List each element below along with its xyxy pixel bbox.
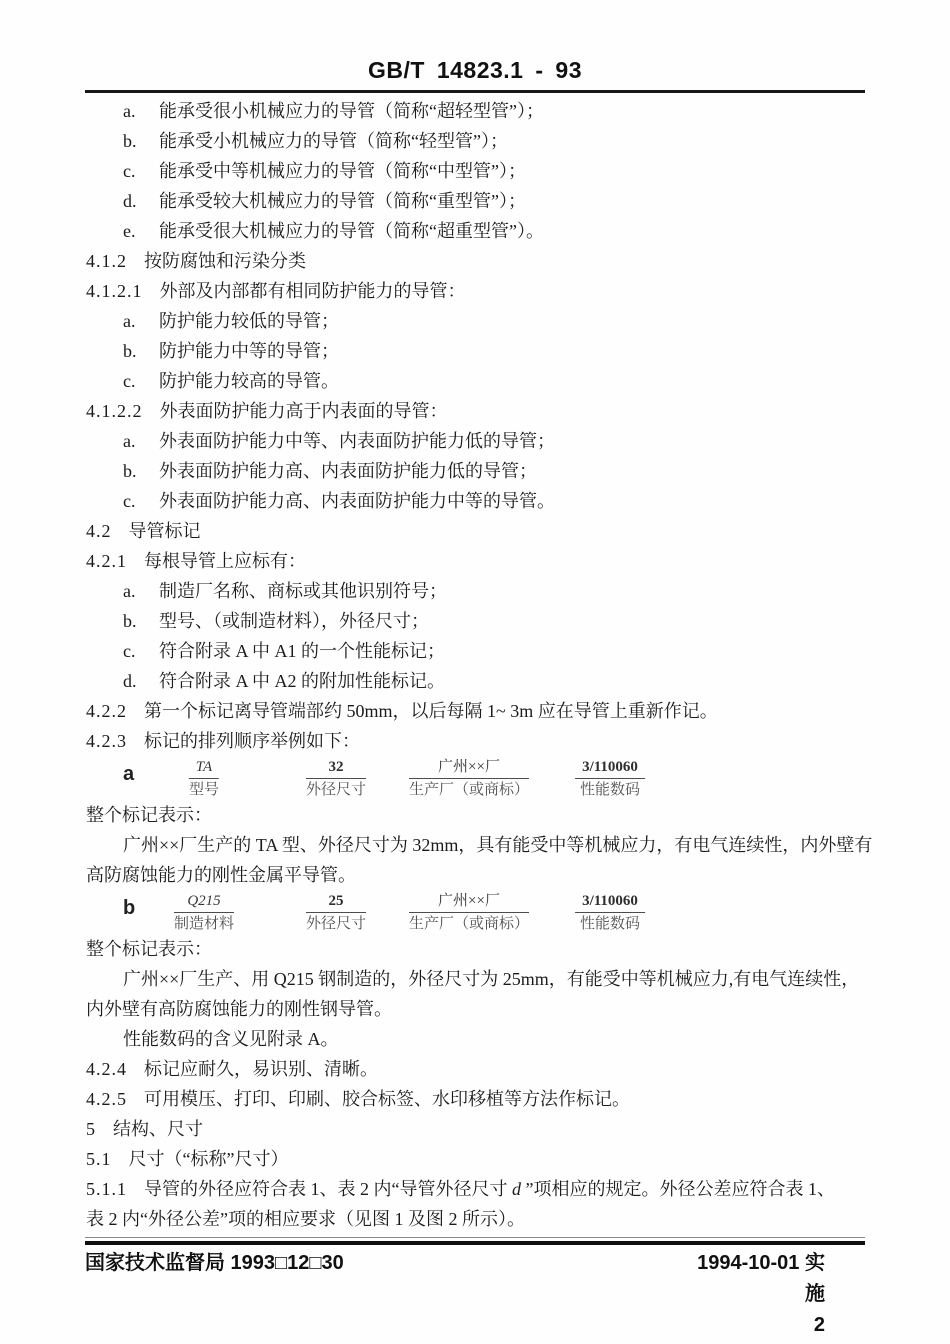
marking-example-row: bQ215制造材料25外径尺寸广州××厂生产厂（或商标）3/110060性能数码 [86,890,870,934]
list-item: c.防护能力较高的导管。 [86,366,870,396]
paragraph-text: 内外壁有高防腐蚀能力的刚性钢导管。 [86,999,392,1019]
marking-numerator: 3/110060 [575,758,645,779]
section-number: 4.1.2.2 [86,396,143,426]
paragraph-text: 广州××厂生产、用 Q215 钢制造的，外径尺寸为 25mm，有能受中等机械应力… [123,969,859,989]
item-text: 防护能力较低的导管； [159,311,339,331]
marking-denominator: 型号 [189,779,219,799]
section-number: 4.2 [86,516,112,546]
section-text: 外表面防护能力高于内表面的导管： [160,401,448,421]
section-line: 4.1.2按防腐蚀和污染分类 [86,246,870,276]
paragraph-line: 整个标记表示： [86,934,870,964]
list-item: b.能承受小机械应力的导管（简称“轻型管”）； [86,126,870,156]
page-header-title: GB/T 14823.1 - 93 [85,57,865,84]
paragraph-line: 广州××厂生产的 TA 型、外径尺寸为 32mm，具有能受中等机械应力，有电气连… [86,830,870,860]
marking-numerator: TA [189,758,219,779]
footer-implementation: 1994-10-01 实 施 2 [697,1248,825,1341]
section-text: 外部及内部都有相同防护能力的导管： [160,281,466,301]
header-rule [85,90,865,93]
section-number: 4.2.5 [86,1084,127,1114]
item-label: b. [123,336,159,366]
marking-denominator: 性能数码 [575,779,645,799]
section-line: 4.1.2.2外表面防护能力高于内表面的导管： [86,396,870,426]
section-line: 4.2.2第一个标记离导管端部约 50mm，以后每隔 1~ 3m 应在导管上重新… [86,696,870,726]
paragraph-text: 广州××厂生产的 TA 型、外径尺寸为 32mm，具有能受中等机械应力，有电气连… [123,835,872,855]
item-label: a. [123,306,159,336]
marking-fraction: 3/110060性能数码 [575,892,645,933]
section-text: 标记应耐久，易识别、清晰。 [144,1059,378,1079]
list-item: b.外表面防护能力高、内表面防护能力低的导管； [86,456,870,486]
marking-numerator: 广州××厂 [409,758,529,779]
item-label: c. [123,156,159,186]
list-item: a.防护能力较低的导管； [86,306,870,336]
section-text: ”项相应的规定。外径公差应符合表 1、 [521,1179,835,1199]
item-label: b. [123,126,159,156]
item-text: 符合附录 A 中 A1 的一个性能标记； [159,641,445,661]
section-line: 4.2.4标记应耐久，易识别、清晰。 [86,1054,870,1084]
item-text: 能承受很小机械应力的导管（简称“超轻型管”）； [159,101,544,121]
paragraph-text: 表 2 内“外径公差”项的相应要求（见图 1 及图 2 所示）。 [86,1209,525,1229]
item-text: 符合附录 A 中 A2 的附加性能标记。 [159,671,445,691]
item-label: d. [123,186,159,216]
paragraph-text: 整个标记表示： [86,805,212,825]
section-text: 标记的排列顺序举例如下： [144,731,360,751]
item-label: c. [123,486,159,516]
marking-denominator: 性能数码 [575,913,645,933]
section-number: 4.2.3 [86,726,127,756]
footer-rule-thin [85,1237,865,1238]
section-number: 4.2.4 [86,1054,127,1084]
marking-fraction: 25外径尺寸 [306,892,366,933]
section-number: 5.1.1 [86,1174,127,1204]
list-item: b.型号、（或制造材料），外径尺寸； [86,606,870,636]
section-text: 每根导管上应标有： [144,551,306,571]
list-item: a.制造厂名称、商标或其他识别符号； [86,576,870,606]
item-label: b. [123,606,159,636]
list-item: a.能承受很小机械应力的导管（简称“超轻型管”）； [86,96,870,126]
list-item: b.防护能力中等的导管； [86,336,870,366]
list-item: e.能承受很大机械应力的导管（简称“超重型管”）。 [86,216,870,246]
footer-issuer: 国家技术监督局 1993□12□30 [85,1248,344,1279]
footer-implementation-line2: 施 [697,1279,825,1310]
item-text: 防护能力中等的导管； [159,341,339,361]
marking-numerator: 32 [306,758,366,779]
section-line: 5.1.1导管的外径应符合表 1、表 2 内“导管外径尺寸 d ”项相应的规定。… [86,1174,870,1204]
section-line: 4.2.3标记的排列顺序举例如下： [86,726,870,756]
marking-fraction: 广州××厂生产厂（或商标） [409,892,529,933]
list-item: c.外表面防护能力高、内表面防护能力中等的导管。 [86,486,870,516]
item-text: 能承受较大机械应力的导管（简称“重型管”）； [159,191,526,211]
section-line: 5.1尺寸（“标称”尺寸） [86,1144,870,1174]
section-number: 5.1 [86,1144,112,1174]
item-text: 外表面防护能力高、内表面防护能力中等的导管。 [159,491,555,511]
marking-denominator: 生产厂（或商标） [409,779,529,799]
marking-denominator: 生产厂（或商标） [409,913,529,933]
paragraph-line: 内外壁有高防腐蚀能力的刚性钢导管。 [86,994,870,1024]
paragraph-text: 整个标记表示： [86,939,212,959]
marking-numerator: 3/110060 [575,892,645,913]
section-text: 结构、尺寸 [113,1119,203,1139]
section-line: 4.2.5可用模压、打印、印刷、胶合标签、水印移植等方法作标记。 [86,1084,870,1114]
list-item: d.符合附录 A 中 A2 的附加性能标记。 [86,666,870,696]
item-label: a. [123,96,159,126]
paragraph-line: 表 2 内“外径公差”项的相应要求（见图 1 及图 2 所示）。 [86,1204,870,1234]
section-text: 可用模压、打印、印刷、胶合标签、水印移植等方法作标记。 [144,1089,630,1109]
list-item: d.能承受较大机械应力的导管（简称“重型管”）； [86,186,870,216]
page-number: 2 [697,1310,825,1341]
marking-denominator: 制造材料 [174,913,234,933]
item-label: c. [123,366,159,396]
section-text: 导管的外径应符合表 1、表 2 内“导管外径尺寸 [144,1179,512,1199]
item-label: b. [123,456,159,486]
marking-numerator: 25 [306,892,366,913]
marking-row-label: a [123,764,134,784]
item-text: 能承受中等机械应力的导管（简称“中型管”）； [159,161,526,181]
item-label: c. [123,636,159,666]
section-text: 按防腐蚀和污染分类 [144,251,306,271]
item-text: 外表面防护能力中等、内表面防护能力低的导管； [159,431,555,451]
section-line: 4.2.1每根导管上应标有： [86,546,870,576]
section-line: 4.1.2.1外部及内部都有相同防护能力的导管： [86,276,870,306]
paragraph-line: 性能数码的含义见附录 A。 [86,1024,870,1054]
item-label: d. [123,666,159,696]
section-number: 4.1.2 [86,246,127,276]
marking-fraction: 3/110060性能数码 [575,758,645,799]
item-label: e. [123,216,159,246]
section-number: 4.1.2.1 [86,276,143,306]
document-page: GB/T 14823.1 - 93 a.能承受很小机械应力的导管（简称“超轻型管… [0,0,950,1344]
paragraph-line: 广州××厂生产、用 Q215 钢制造的，外径尺寸为 25mm，有能受中等机械应力… [86,964,870,994]
marking-numerator: 广州××厂 [409,892,529,913]
item-label: a. [123,426,159,456]
marking-denominator: 外径尺寸 [306,779,366,799]
section-number: 4.2.2 [86,696,127,726]
item-text: 制造厂名称、商标或其他识别符号； [159,581,447,601]
item-text: 防护能力较高的导管。 [159,371,339,391]
footer-implementation-line1: 1994-10-01 实 [697,1248,825,1279]
list-item: c.能承受中等机械应力的导管（简称“中型管”）； [86,156,870,186]
marking-fraction: 广州××厂生产厂（或商标） [409,758,529,799]
section-text: d [512,1179,521,1199]
item-text: 外表面防护能力高、内表面防护能力低的导管； [159,461,537,481]
section-number: 5 [86,1114,96,1144]
marking-fraction: Q215制造材料 [174,892,234,933]
marking-fraction: TA型号 [189,758,219,799]
document-body: a.能承受很小机械应力的导管（简称“超轻型管”）；b.能承受小机械应力的导管（简… [86,96,870,1234]
item-text: 能承受小机械应力的导管（简称“轻型管”）； [159,131,508,151]
paragraph-text: 性能数码的含义见附录 A。 [123,1029,339,1049]
item-text: 型号、（或制造材料），外径尺寸； [159,611,429,631]
item-label: a. [123,576,159,606]
item-text: 能承受很大机械应力的导管（简称“超重型管”）。 [159,221,544,241]
section-line: 4.2导管标记 [86,516,870,546]
paragraph-text: 高防腐蚀能力的刚性金属平导管。 [86,865,356,885]
list-item: a.外表面防护能力中等、内表面防护能力低的导管； [86,426,870,456]
marking-example-row: aTA型号32外径尺寸广州××厂生产厂（或商标）3/110060性能数码 [86,756,870,800]
paragraph-line: 整个标记表示： [86,800,870,830]
section-line: 5结构、尺寸 [86,1114,870,1144]
list-item: c.符合附录 A 中 A1 的一个性能标记； [86,636,870,666]
footer-rule [85,1241,865,1245]
section-text: 导管标记 [129,521,201,541]
section-text: 尺寸（“标称”尺寸） [129,1149,289,1169]
marking-fraction: 32外径尺寸 [306,758,366,799]
marking-row-label: b [123,898,135,918]
paragraph-line: 高防腐蚀能力的刚性金属平导管。 [86,860,870,890]
section-text: 第一个标记离导管端部约 50mm，以后每隔 1~ 3m 应在导管上重新作记。 [144,701,718,721]
section-number: 4.2.1 [86,546,127,576]
marking-numerator: Q215 [174,892,234,913]
marking-denominator: 外径尺寸 [306,913,366,933]
